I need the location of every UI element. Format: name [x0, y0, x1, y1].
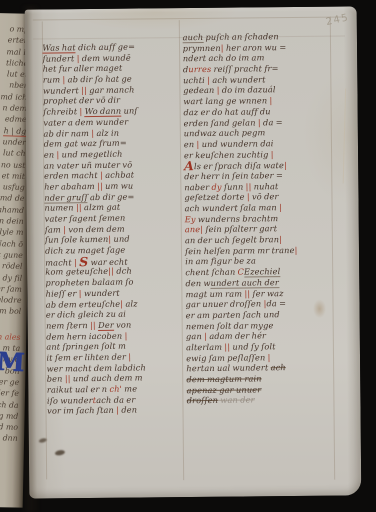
text-segment: gar unuer droſſen — [186, 299, 264, 310]
text-segment: it ſem er lihten der — [46, 352, 128, 363]
text-segment: ſein helſen parm mr trane — [185, 245, 295, 256]
text-segment: alz — [123, 298, 138, 308]
text-segment: | — [128, 351, 131, 361]
text-segment: ernd mo — [0, 422, 18, 432]
text-segment: magt um ram — [185, 288, 244, 299]
text-segment: den — [119, 405, 137, 415]
text-segment: | — [284, 160, 287, 170]
text-segment: | — [279, 234, 282, 244]
text-segment: dy — [211, 181, 221, 191]
ruling-line-horizontal-top — [33, 17, 345, 21]
paper-scratch — [343, 89, 346, 184]
text-segment: geſetzet dorte — [184, 192, 247, 203]
text-column-right: auch puſch an ſchadenprymnen| her aron w… — [183, 30, 342, 406]
text-segment: Ey — [185, 214, 196, 224]
text-segment: auch — [183, 32, 204, 43]
text-segment: Ezechiel — [244, 266, 280, 277]
text-segment: alzm gat — [82, 202, 121, 213]
text-segment: eg md — [0, 411, 18, 421]
text-segment: gedean — [183, 85, 217, 95]
text-segment: an vater uñ muter vō — [44, 159, 132, 170]
facing-page-line: ahamd — [0, 203, 24, 216]
text-segment: nem ſtern — [46, 320, 90, 331]
facing-page-line: n dein — [0, 214, 24, 227]
text-segment: reiſſ pracht fr= — [211, 63, 278, 74]
facing-page-line: um der fe — [0, 386, 19, 399]
text-segment: und auch dem m — [71, 373, 143, 384]
text-segment: eils dnn — [0, 433, 18, 443]
text-segment: ach wundert ſala man — [184, 202, 279, 213]
text-segment: und wundern dai — [199, 138, 273, 149]
text-segment: ahamd — [0, 205, 24, 215]
text-segment: propheten balaam ſo — [45, 277, 133, 288]
text-segment: md de — [0, 194, 24, 204]
text-segment: er am parten ſach und — [186, 309, 280, 320]
text-segment: adam der hér — [207, 331, 266, 342]
ink-smudge — [55, 449, 66, 456]
text-segment: | — [271, 149, 274, 159]
text-segment: achbat — [103, 170, 134, 180]
text-segment: hertan ual wundert — [186, 363, 270, 374]
text-segment: | — [294, 245, 297, 255]
text-segment: nuhat — [251, 181, 278, 191]
text-segment: es dy fil — [0, 273, 22, 283]
text-segment: ach — [271, 362, 286, 372]
text-segment: ab dem erteuſche — [46, 298, 121, 309]
facing-page-line: Nach ō — [0, 237, 23, 250]
text-segment: vater ſagent ſemen — [45, 213, 126, 224]
text-segment: Was hat — [42, 42, 76, 53]
text-segment: | — [268, 352, 271, 362]
text-segment: rum — [43, 74, 63, 84]
text-segment: | — [279, 202, 282, 212]
text-segment: ewig ſam peſlaſſen — [186, 352, 267, 363]
facing-page-line: leich da — [0, 397, 19, 410]
facing-page-line: y lyle m — [0, 225, 24, 238]
text-segment: um wu — [103, 180, 134, 190]
text-segment: dch — [114, 266, 132, 276]
text-segment: y lyle m — [0, 227, 24, 237]
facing-page-line: mt gune — [0, 248, 23, 261]
text-segment: nglodre — [0, 295, 22, 305]
text-segment: leich da — [0, 399, 19, 409]
text-segment: het fur aller maget — [43, 63, 123, 74]
text-segment: umder ge — [0, 377, 19, 387]
text-segment: dai rödel — [0, 261, 23, 271]
text-segment: vater a dem wunder — [43, 116, 128, 127]
text-segment: wundert — [43, 85, 81, 95]
text-segment: undwaz auch pegm — [184, 127, 266, 138]
text-segment: unſ — [121, 106, 137, 116]
facing-page-line: eg md — [0, 409, 18, 422]
text-segment: iſo wunder — [47, 395, 93, 406]
text-segment: puſch an ſchaden — [203, 31, 279, 42]
text-segment: S — [79, 254, 88, 269]
text-segment: von — [114, 319, 132, 329]
text-segment: en — [184, 139, 197, 149]
text-segment: er dich gleich zu ai — [46, 309, 126, 320]
text-segment: ch' — [109, 384, 122, 394]
text-segment: ach wundert — [210, 74, 266, 85]
text-segment: wart lang ge wnnen — [183, 95, 269, 106]
text-segment: dich auff ge= — [76, 41, 135, 52]
text-segment: wer macht dem labdich — [47, 362, 146, 373]
text-segment: ſein pſalterr gart — [203, 224, 277, 235]
manuscript-page: 245 Was hat dich auff ge=ſundert | dem w… — [25, 6, 362, 498]
text-segment: dem wundē — [80, 52, 131, 63]
facing-page-line: md de — [0, 191, 25, 204]
text-segment: mt gune — [0, 250, 23, 260]
text-segment: der herr in ſein taber = — [184, 170, 283, 181]
text-segment: von dem dem — [66, 223, 125, 234]
text-segment: und megetlich — [59, 149, 122, 160]
text-segment: | — [124, 330, 127, 340]
manuscript-line-left: vor im ſach ſtan | den — [47, 404, 185, 416]
text-segment: ſunn — [222, 181, 246, 191]
text-segment: da = — [261, 117, 283, 127]
text-segment: erden ſand gelan — [184, 117, 258, 128]
text-segment: en — [44, 149, 57, 159]
folio-number-pencil: 245 — [325, 12, 350, 28]
text-segment: me — [122, 383, 137, 393]
text-segment: ab dir ſo hat ge — [65, 74, 132, 85]
text-segment: dem magtum rain — [186, 373, 261, 384]
text-segment: alterlam — [186, 342, 224, 352]
text-segment: ſundert — [42, 53, 76, 63]
text-segment: ab dir ge= — [88, 191, 135, 202]
text-segment: prymnen — [183, 42, 221, 52]
facing-page-line: per ſam — [0, 282, 22, 295]
text-segment: droſſen — [187, 395, 218, 405]
facing-page-line: eils dnn — [0, 431, 18, 444]
text-segment: nemen ſolt dar myge — [186, 320, 274, 331]
text-segment: dem hern iacoben — [46, 330, 125, 341]
text-segment: ach da er — [96, 394, 135, 405]
text-segment: ane — [185, 224, 201, 234]
text-column-left: Was hat dich auff ge=ſundert | dem wundē… — [42, 41, 185, 417]
text-segment: || — [90, 320, 96, 330]
text-segment: uchti — [183, 75, 207, 85]
text-segment: um der fe — [0, 388, 19, 398]
text-segment: da = — [266, 298, 286, 308]
text-segment: raikut ual er n — [47, 384, 110, 395]
facing-page-line: dai rödel — [0, 259, 23, 272]
facing-page-line: am dn ales — [0, 330, 21, 343]
text-segment: gan — [186, 331, 204, 341]
facing-page-line: pehem bol — [0, 304, 21, 317]
manuscript-line-right: droſſen wan der — [187, 394, 342, 406]
text-segment: in am figur be za — [185, 256, 256, 267]
text-segment: an der uch ſegelt bran — [185, 234, 279, 245]
text-segment: do im dazuál — [220, 85, 276, 96]
text-segment: wundert — [82, 287, 120, 297]
text-segment: her abaham — [44, 181, 97, 192]
text-segment: dem gat waz frum= — [44, 138, 127, 149]
facing-page-line: es dy fil — [0, 270, 22, 283]
text-segment: vō der — [250, 191, 279, 201]
text-segment: kom geteuſche — [45, 266, 108, 277]
text-segment: er keuſchen zuchtig — [184, 149, 271, 160]
text-segment: und — [111, 234, 130, 244]
text-segment: ant ſpringen ſolt m — [46, 341, 126, 352]
text-segment: den w — [185, 278, 210, 288]
text-segment: pehem bol — [0, 306, 21, 316]
text-segment: ſchreibt — [43, 106, 79, 116]
text-segment: ben — [47, 374, 65, 384]
text-segment: apenaz gar unuer — [187, 384, 262, 395]
text-segment: | — [269, 95, 272, 105]
text-segment: ſam — [45, 224, 64, 234]
text-segment: am dn ales — [0, 331, 21, 341]
text-segment: und ſy ſolt — [230, 341, 276, 352]
text-segment: wunderns brachtm — [196, 213, 279, 224]
text-segment: Der — [98, 320, 114, 331]
text-segment: C — [238, 267, 245, 277]
text-segment: per ſam — [0, 284, 22, 294]
text-segment: hieſſ er — [46, 288, 79, 298]
text-segment: urres — [188, 64, 211, 74]
text-segment: daz er do hat auff du — [183, 106, 270, 117]
text-segment: wan der — [218, 395, 255, 405]
text-segment: ſun ſole kumen — [45, 234, 109, 245]
text-segment: vor im ſach ſtan — [47, 405, 116, 416]
text-segment: chent ſchan — [185, 267, 237, 278]
manuscript-photo: o mpertenmal btlichelut etnbermd ichn de… — [0, 0, 376, 512]
facing-page-line: nglodre — [0, 293, 22, 306]
text-segment: erden macht — [44, 170, 100, 181]
text-segment: alz in — [94, 127, 119, 137]
text-segment: ndert ach do im am — [183, 53, 265, 64]
text-segment: n dein — [0, 216, 24, 226]
text-segment: ſer waz — [250, 288, 284, 298]
text-segment: A — [184, 158, 194, 173]
text-segment: numen — [44, 203, 76, 213]
text-segment: her aron wu = — [224, 42, 287, 53]
text-segment: ab dir nam — [43, 128, 91, 139]
text-segment: gar manch — [87, 84, 135, 95]
text-segment: prophet der vō dir — [43, 95, 120, 106]
facing-page-line: ernd mo — [0, 420, 18, 433]
text-segment: Nach ō — [0, 239, 23, 249]
text-segment: naber — [184, 182, 211, 192]
